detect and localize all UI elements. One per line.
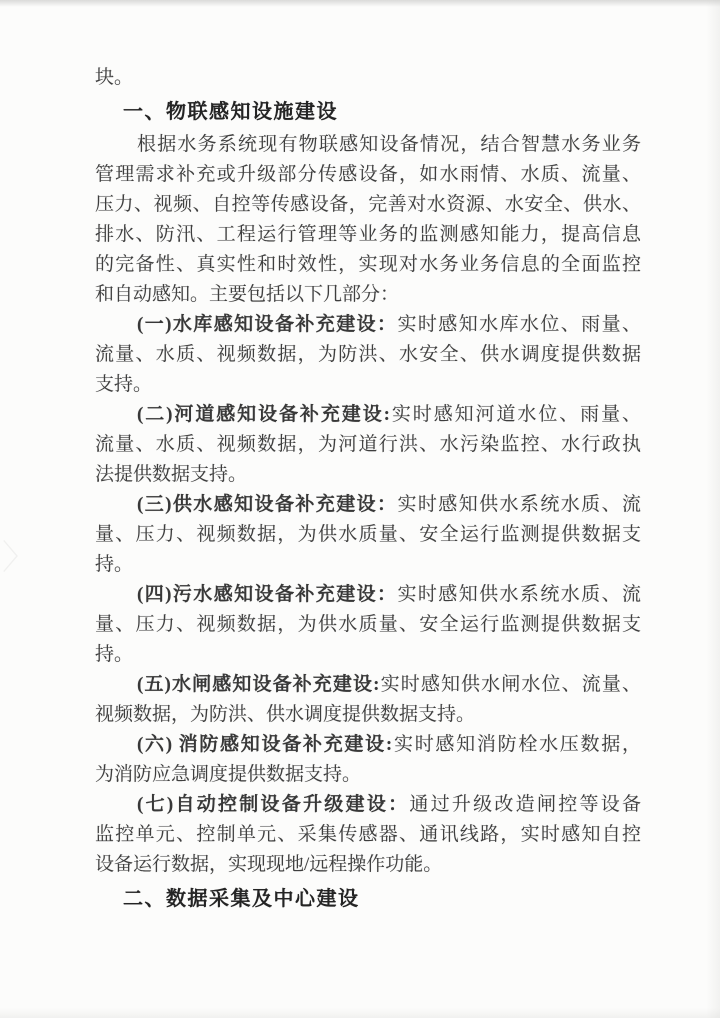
text-line: 排水、防汛、工程运行管理等业务的监测感知能力，提高信息 <box>95 220 641 250</box>
line-text: 设备运行数据，实现现地/远程操作功能。 <box>95 854 442 875</box>
text-line: 块。 <box>95 63 641 93</box>
line-text: 监控单元、控制单元、采集传感器、通讯线路，实时感知自控 <box>95 824 641 845</box>
left-margin-chevron-mark: 〉 <box>2 538 36 578</box>
line-text: 实时感知供水闸水位、流量、 <box>379 674 641 695</box>
text-line: 根据水务系统现有物联感知设备情况，结合智慧水务业务 <box>95 130 641 160</box>
document-page: 〉 块。一、物联感知设施建设根据水务系统现有物联感知设备情况，结合智慧水务业务管… <box>0 0 720 1018</box>
line-text: 实时感知水库水位、雨量、 <box>397 314 641 335</box>
text-line: (五)水闸感知设备补充建设:实时感知供水闸水位、流量、 <box>95 670 641 700</box>
text-line: 流量、水质、视频数据，为防洪、水安全、供水调度提供数据 <box>95 340 641 370</box>
line-text: 通过升级改造闸控等设备 <box>409 794 641 815</box>
line-text: 一、物联感知设施建设 <box>123 101 338 123</box>
line-text: 量、压力、视频数据，为供水质量、安全运行监测提供数据支 <box>95 524 641 545</box>
line-text: 块。 <box>95 67 133 88</box>
text-line: (二)河道感知设备补充建设:实时感知河道水位、雨量、 <box>95 400 641 430</box>
line-text: 流量、水质、视频数据，为防洪、水安全、供水调度提供数据 <box>95 344 641 365</box>
clause-heading: (三)供水感知设备补充建设： <box>137 494 397 515</box>
text-line: 视频数据，为防洪、供水调度提供数据支持。 <box>95 700 641 730</box>
text-line: (一)水库感知设备补充建设：实时感知水库水位、雨量、 <box>95 310 641 340</box>
line-text: 流量、水质、视频数据，为河道行洪、水污染监控、水行政执 <box>95 434 641 455</box>
line-text: 根据水务系统现有物联感知设备情况，结合智慧水务业务 <box>137 134 641 155</box>
line-text: 持。 <box>95 554 133 575</box>
line-text: 和自动感知。主要包括以下几部分： <box>95 284 399 305</box>
text-line: 支持。 <box>95 370 641 400</box>
line-text: 持。 <box>95 644 133 665</box>
line-text: 的完备性、真实性和时效性，实现对水务业务信息的全面监控 <box>95 254 641 275</box>
clause-heading: (一)水库感知设备补充建设： <box>137 314 397 335</box>
line-text: 压力、视频、自控等传感设备，完善对水资源、水安全、供水、 <box>95 194 641 215</box>
text-line: 设备运行数据，实现现地/远程操作功能。 <box>95 850 641 880</box>
text-line: (七)自动控制设备升级建设：通过升级改造闸控等设备 <box>95 790 641 820</box>
clause-heading: (二)河道感知设备补充建设: <box>137 404 390 425</box>
scan-bottom-edge-shade <box>0 1008 720 1018</box>
text-line: (四)污水感知设备补充建设：实时感知供水系统水质、流 <box>95 580 641 610</box>
line-text: 实时感知供水系统水质、流 <box>397 494 641 515</box>
scan-right-edge-shade <box>706 0 720 1018</box>
line-text: 为消防应急调度提供数据支持。 <box>95 764 361 785</box>
text-line: 管理需求补充或升级部分传感设备，如水雨情、水质、流量、 <box>95 160 641 190</box>
scan-top-edge-shadow <box>0 0 720 7</box>
text-line: 量、压力、视频数据，为供水质量、安全运行监测提供数据支 <box>95 520 641 550</box>
line-text: 支持。 <box>95 374 152 395</box>
text-line: 监控单元、控制单元、采集传感器、通讯线路，实时感知自控 <box>95 820 641 850</box>
section-heading: 一、物联感知设施建设 <box>123 97 641 127</box>
line-text: 二、数据采集及中心建设 <box>123 888 360 910</box>
line-text: 排水、防汛、工程运行管理等业务的监测感知能力，提高信息 <box>95 224 641 245</box>
line-text: 实时感知河道水位、雨量、 <box>390 404 641 425</box>
line-text: 法提供数据支持。 <box>95 464 247 485</box>
text-line: 流量、水质、视频数据，为河道行洪、水污染监控、水行政执 <box>95 430 641 460</box>
text-line: 持。 <box>95 550 641 580</box>
text-line: 为消防应急调度提供数据支持。 <box>95 760 641 790</box>
text-line: (三)供水感知设备补充建设：实时感知供水系统水质、流 <box>95 490 641 520</box>
line-text: 量、压力、视频数据，为供水质量、安全运行监测提供数据支 <box>95 614 641 635</box>
text-line: 压力、视频、自控等传感设备，完善对水资源、水安全、供水、 <box>95 190 641 220</box>
text-line: 和自动感知。主要包括以下几部分： <box>95 280 641 310</box>
line-text: 实时感知供水系统水质、流 <box>397 584 641 605</box>
section-heading: 二、数据采集及中心建设 <box>123 884 641 914</box>
clause-heading: (五)水闸感知设备补充建设: <box>137 674 379 695</box>
line-text: 视频数据，为防洪、供水调度提供数据支持。 <box>95 704 475 725</box>
text-line: 的完备性、真实性和时效性，实现对水务业务信息的全面监控 <box>95 250 641 280</box>
line-text: 管理需求补充或升级部分传感设备，如水雨情、水质、流量、 <box>95 164 641 185</box>
text-line: (六) 消防感知设备补充建设:实时感知消防栓水压数据， <box>95 730 641 760</box>
text-line: 量、压力、视频数据，为供水质量、安全运行监测提供数据支 <box>95 610 641 640</box>
clause-heading: (四)污水感知设备补充建设： <box>137 584 397 605</box>
text-line: 持。 <box>95 640 641 670</box>
line-text: 实时感知消防栓水压数据， <box>392 734 641 755</box>
text-line: 法提供数据支持。 <box>95 460 641 490</box>
clause-heading: (七)自动控制设备升级建设： <box>137 794 409 815</box>
document-lines: 块。一、物联感知设施建设根据水务系统现有物联感知设备情况，结合智慧水务业务管理需… <box>95 63 641 917</box>
clause-heading: (六) 消防感知设备补充建设: <box>137 734 392 755</box>
